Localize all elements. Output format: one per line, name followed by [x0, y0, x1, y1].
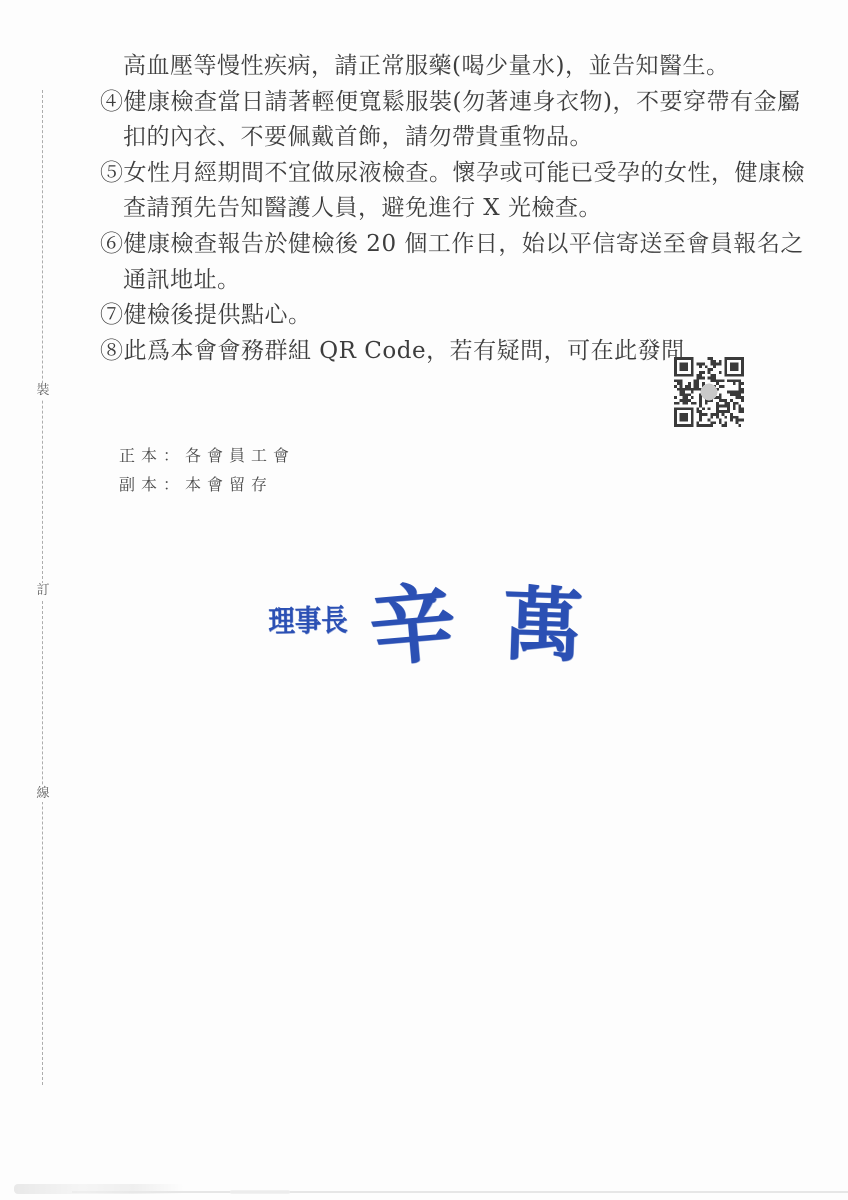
notice-item-5: ⑤女性月經期間不宜做尿液檢查。懷孕或可能已受孕的女性，健康檢	[100, 156, 815, 192]
notice-item-7: ⑦健檢後提供點心。	[100, 298, 815, 334]
notice-line: 高血壓等慢性疾病，請正常服藥(喝少量水)，並告知醫生。	[100, 49, 815, 85]
copy-original-line: 正本：各會員工會	[119, 441, 295, 470]
line-app-logo-icon	[701, 384, 718, 401]
binding-mark-xian: 線	[34, 786, 52, 802]
binding-mark-ding: 訂	[34, 583, 52, 599]
notice-line: 扣的內衣、不要佩戴首飾，請勿帶貴重物品。	[100, 120, 815, 156]
scan-edge-artifact	[72, 1191, 848, 1193]
notice-line: 通訊地址。	[100, 263, 815, 299]
distribution-block: 正本：各會員工會 副本：本會留存	[119, 441, 295, 499]
notice-item-6: ⑥健康檢查報告於健檢後 20 個工作日，始以平信寄送至會員報名之	[100, 227, 815, 263]
notice-body: 高血壓等慢性疾病，請正常服藥(喝少量水)，並告知醫生。 ④健康檢查當日請著輕便寬…	[100, 49, 815, 369]
president-signature-stamp: 理事長辛萬	[263, 556, 603, 671]
stamp-name-char-1: 辛	[364, 552, 460, 683]
qr-code	[674, 357, 744, 427]
scan-smudge	[14, 1184, 184, 1194]
scan-smudge	[230, 1190, 290, 1194]
document-page: 裝 訂 線 高血壓等慢性疾病，請正常服藥(喝少量水)，並告知醫生。 ④健康檢查當…	[0, 0, 848, 1200]
stamp-title: 理事長	[268, 595, 348, 641]
binding-mark-zhuang: 裝	[34, 383, 52, 399]
notice-line: 查請預先告知醫護人員，避免進行 X 光檢查。	[100, 191, 815, 227]
copy-duplicate-line: 副本：本會留存	[119, 470, 295, 499]
notice-item-4: ④健康檢查當日請著輕便寬鬆服裝(勿著連身衣物)，不要穿帶有金屬	[100, 85, 815, 121]
stamp-name-char-2: 萬	[501, 560, 585, 678]
